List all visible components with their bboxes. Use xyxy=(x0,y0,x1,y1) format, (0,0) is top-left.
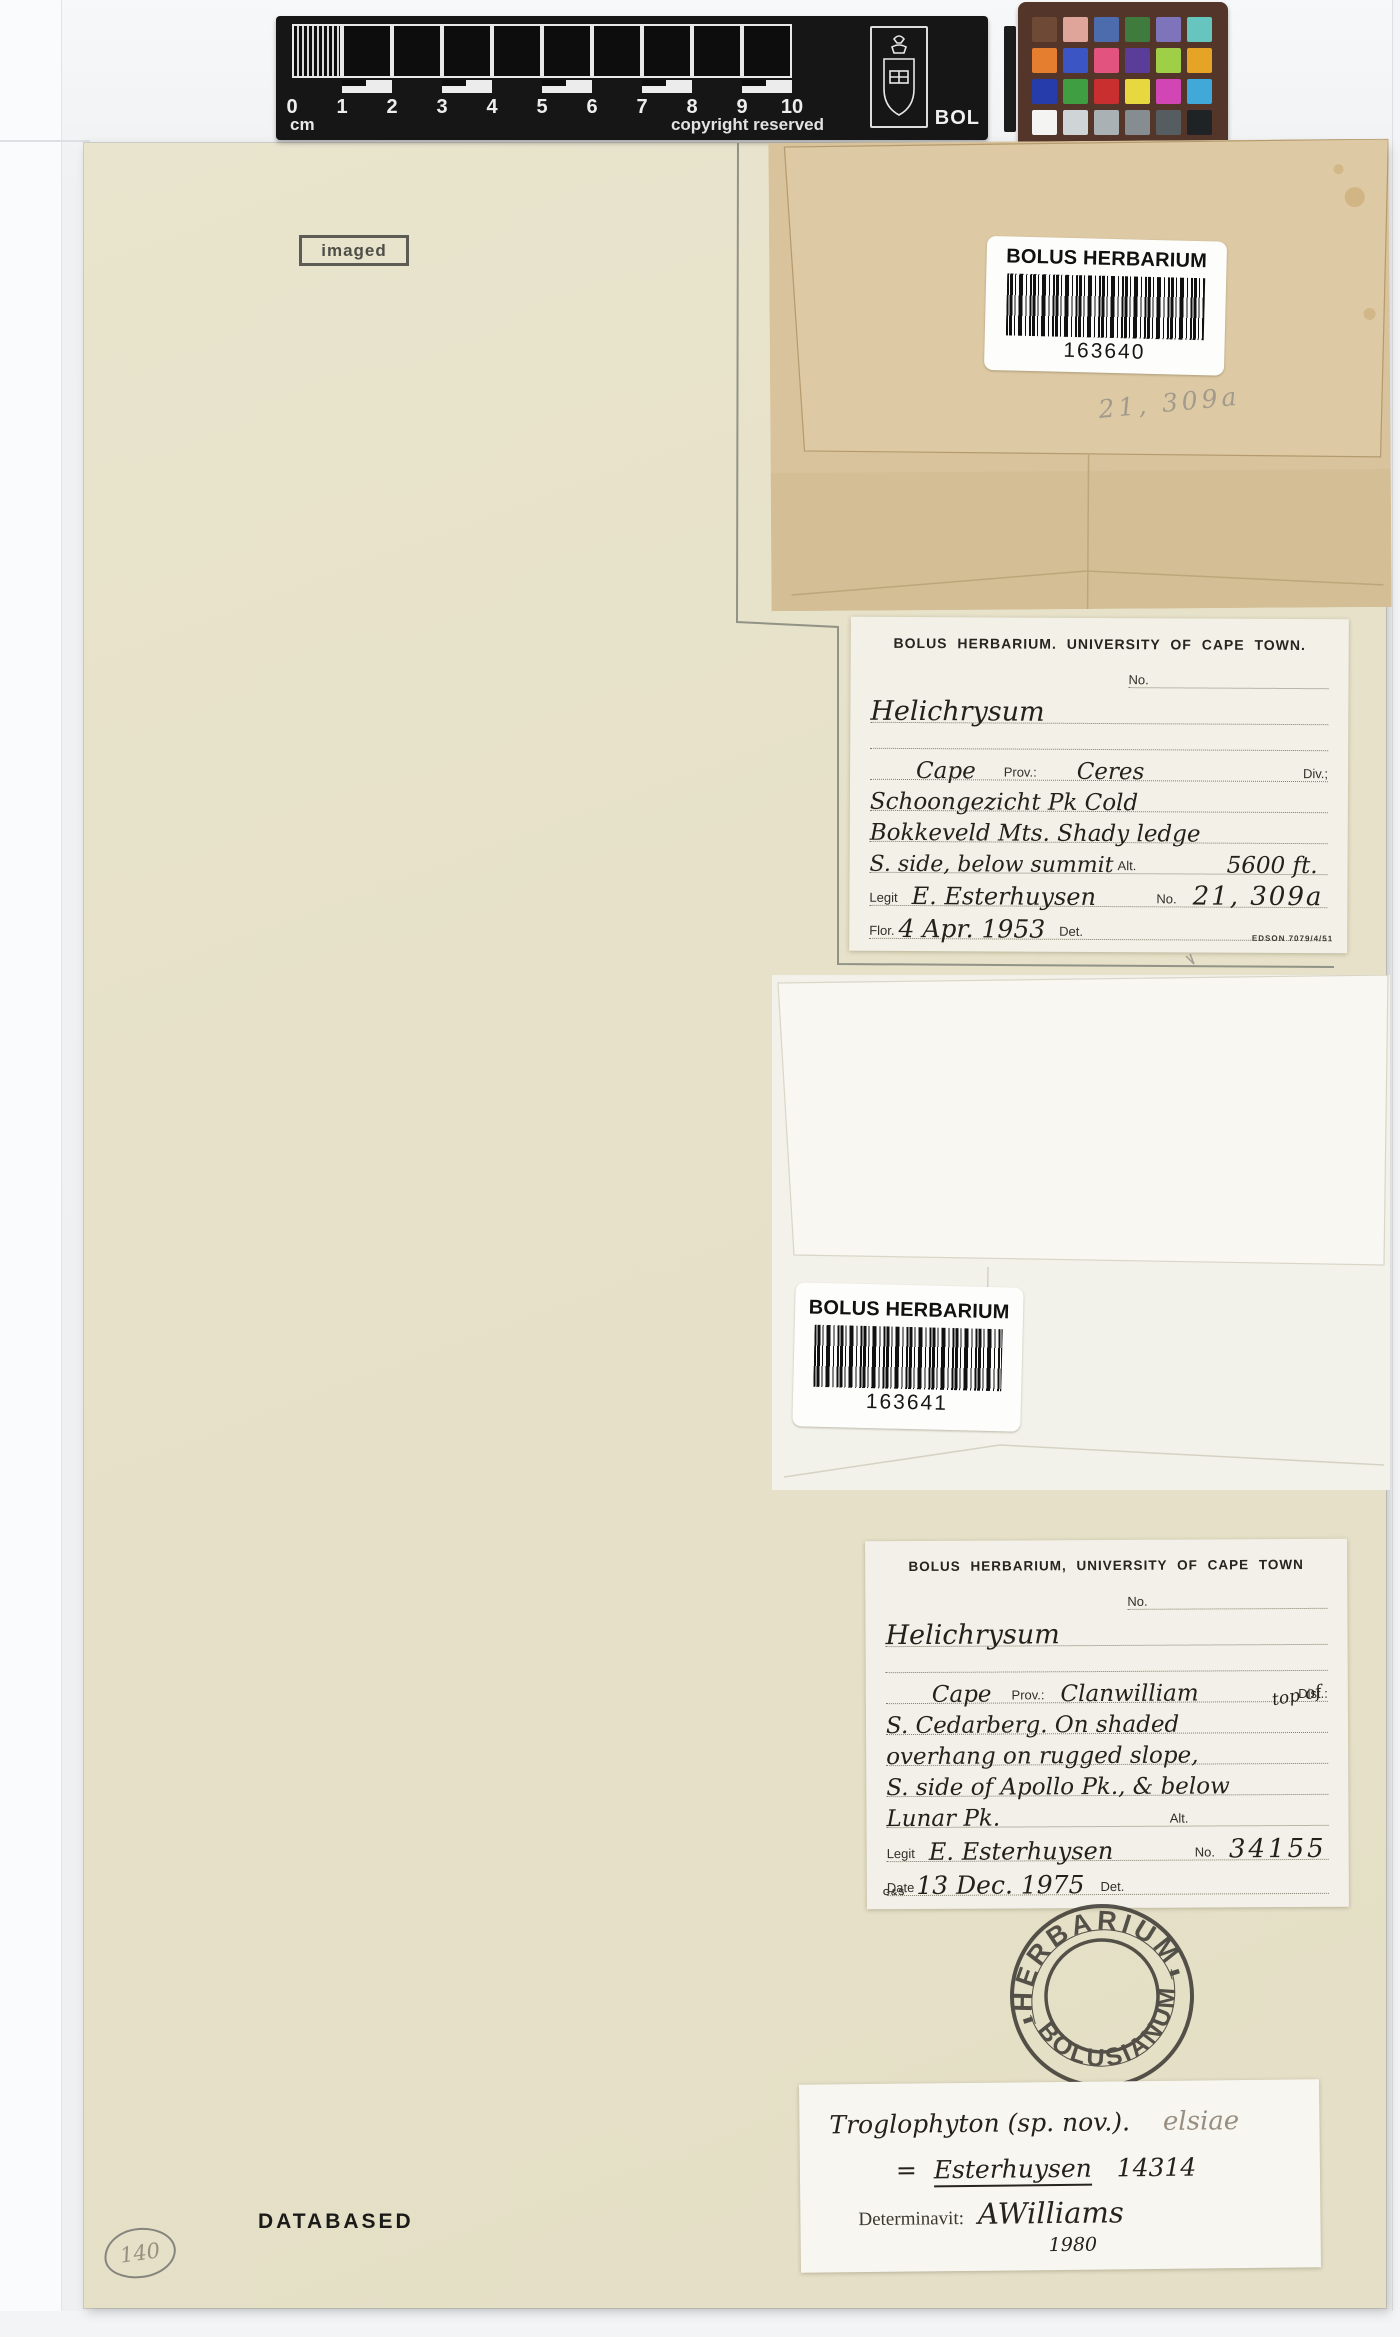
label-row: S. Cedarberg. On shaded top of xyxy=(886,1702,1328,1735)
label-row: Cape Prov.: Clanwilliam Dist.: xyxy=(886,1671,1328,1704)
epithet-pencil-handwriting: elsiae xyxy=(1163,2106,1240,2137)
sheet-number: 140 xyxy=(118,2238,161,2267)
label1-header: BOLUS HERBARIUM. UNIVERSITY OF CAPE TOWN… xyxy=(871,623,1329,665)
color-calibration-card xyxy=(1018,2,1228,150)
color-patch xyxy=(1094,110,1119,135)
label-row: overhang on rugged slope, xyxy=(886,1733,1328,1766)
no-label: No. xyxy=(1127,1594,1147,1609)
no-label: No. xyxy=(1129,672,1149,687)
specimen-label-1: BOLUS HERBARIUM. UNIVERSITY OF CAPE TOWN… xyxy=(849,617,1349,954)
prov-label: Prov.: xyxy=(1011,1687,1044,1702)
institution-code: BOL xyxy=(935,107,980,130)
color-patch xyxy=(1187,110,1212,135)
color-patch xyxy=(1156,110,1181,135)
scale-number: 4 xyxy=(486,96,497,119)
scale-block xyxy=(642,24,692,78)
label-row xyxy=(886,1645,1328,1673)
fragment-envelope-2: BOLUS HERBARIUM 163641 xyxy=(772,975,1390,1490)
color-patch xyxy=(1156,48,1181,73)
color-patch xyxy=(1094,79,1119,104)
color-patch xyxy=(1156,79,1181,104)
color-patch xyxy=(1187,79,1212,104)
color-patch xyxy=(1156,17,1181,42)
color-patch xyxy=(1032,17,1057,42)
printer-mark: G&S xyxy=(883,1887,906,1897)
specimen-label-2: BOLUS HERBARIUM, UNIVERSITY OF CAPE TOWN… xyxy=(865,1539,1349,1910)
scale-number: 5 xyxy=(536,96,547,119)
equals-sign: = xyxy=(896,2155,917,2184)
dark-strip xyxy=(1004,26,1016,132)
barcode-number: 163641 xyxy=(866,1390,949,1416)
barcode-number: 163640 xyxy=(1063,339,1146,365)
copyright-text: copyright reserved xyxy=(576,115,824,135)
scale-bar-unit: cm xyxy=(290,115,315,135)
det-label: Det. xyxy=(1059,924,1083,939)
flor-label: Flor. xyxy=(869,923,894,938)
color-patch xyxy=(1125,17,1150,42)
determiner-signature: AWilliams xyxy=(978,2195,1124,2231)
color-patch xyxy=(1063,17,1088,42)
label2-header: BOLUS HERBARIUM, UNIVERSITY OF CAPE TOWN xyxy=(885,1545,1327,1587)
color-patch xyxy=(1125,110,1150,135)
label-row: Schoongezicht Pk Cold xyxy=(870,780,1328,813)
label-row: Cape Prov.: Ceres Div.; xyxy=(870,749,1328,782)
scale-half-block xyxy=(742,80,792,93)
imaged-stamp: imaged xyxy=(299,235,409,266)
color-patch xyxy=(1063,79,1088,104)
uct-crest-icon xyxy=(870,26,928,128)
barcode-label-1: BOLUS HERBARIUM 163640 xyxy=(984,236,1227,376)
stamp-bottom-text: BOLUSIANUM xyxy=(1029,1976,1201,2093)
alt-label: Alt. xyxy=(1118,858,1137,873)
scale-block xyxy=(742,24,792,78)
scale-half-block xyxy=(642,80,692,93)
label-row: Date 13 Dec. 1975 Det. xyxy=(887,1860,1329,1896)
label-row: Helichrysum xyxy=(885,1609,1327,1647)
label-row: Bokkeveld Mts. Shady ledge xyxy=(870,811,1328,844)
barcode-label-title: BOLUS HERBARIUM xyxy=(808,1297,1009,1325)
scale-block xyxy=(442,24,492,78)
collno-label: No. xyxy=(1195,1844,1215,1859)
determination-slip: Troglophyton (sp. nov.). elsiae = Esterh… xyxy=(799,2079,1321,2272)
label-row: Helichrysum xyxy=(870,687,1328,725)
barcode-label-2: BOLUS HERBARIUM 163641 xyxy=(792,1282,1023,1432)
scale-block xyxy=(292,24,342,78)
color-patch xyxy=(1032,79,1057,104)
scale-block xyxy=(592,24,642,78)
scale-block xyxy=(692,24,742,78)
backing-board-right xyxy=(1392,0,1400,2337)
det-label: Det. xyxy=(1100,1879,1124,1894)
color-card-grid xyxy=(1032,17,1214,135)
scale-bar: 012345678910 cm copyright reserved BOL xyxy=(276,16,988,140)
determination-year-handwriting: 1980 xyxy=(1049,2234,1098,2257)
color-patch xyxy=(1125,79,1150,104)
barcode-icon xyxy=(1006,273,1205,340)
scale-block xyxy=(342,24,392,78)
label-row: No. xyxy=(885,1585,1327,1611)
specimen-photo: 012345678910 cm copyright reserved BOL i… xyxy=(0,0,1400,2337)
color-patch xyxy=(1094,17,1119,42)
backing-board-left xyxy=(0,0,62,2337)
label-row: Legit E. Esterhuysen No. 21, 309a xyxy=(869,873,1327,908)
alt-label: Alt. xyxy=(1170,1811,1189,1826)
label-row xyxy=(870,723,1328,751)
databased-stamp: DATABASED xyxy=(258,2210,414,2234)
color-patch xyxy=(1063,48,1088,73)
determination-name-handwriting: Troglophyton (sp. nov.). xyxy=(829,2107,1130,2139)
label-row: S. side, below summit Alt. 5600 ft. xyxy=(870,842,1328,875)
scale-half-block xyxy=(442,80,492,93)
synonym-collector-handwriting: Esterhuysen xyxy=(934,2154,1092,2188)
label-row: S. side of Apollo Pk., & below xyxy=(886,1764,1328,1797)
scale-number: 2 xyxy=(386,96,397,119)
color-patch xyxy=(1125,48,1150,73)
prov-label: Prov.: xyxy=(1004,765,1037,780)
board-seam xyxy=(0,140,90,142)
color-patch xyxy=(1187,17,1212,42)
color-patch xyxy=(1032,110,1057,135)
legit-label: Legit xyxy=(887,1846,915,1861)
backing-board-bottom xyxy=(0,2311,1400,2337)
scale-number: 3 xyxy=(436,96,447,119)
scale-block xyxy=(542,24,592,78)
label-row: Legit E. Esterhuysen No. 34155 xyxy=(887,1826,1329,1862)
label-row: Lunar Pk. Alt. xyxy=(886,1795,1328,1828)
fragment-envelope-1: BOLUS HERBARIUM 163640 21, 309a xyxy=(768,139,1391,611)
flordate-handwriting: 4 Apr. 1953 xyxy=(898,914,1045,944)
barcode-icon xyxy=(814,1325,1003,1392)
collno-label: No. xyxy=(1156,891,1176,906)
scale-block xyxy=(492,24,542,78)
label-row: No. xyxy=(871,663,1329,689)
scale-half-block xyxy=(542,80,592,93)
legit-label: Legit xyxy=(869,890,897,905)
barcode-label-title: BOLUS HERBARIUM xyxy=(1006,245,1207,273)
scale-block xyxy=(392,24,442,78)
synonym-number-handwriting: 14314 xyxy=(1117,2153,1197,2183)
color-patch xyxy=(1187,48,1212,73)
svg-text:BOLUSIANUM: BOLUSIANUM xyxy=(1029,1976,1201,2093)
color-patch xyxy=(1094,48,1119,73)
printer-mark: EDSON 7079/4/51 xyxy=(1252,934,1333,943)
scale-number: 1 xyxy=(336,96,347,119)
color-patch xyxy=(1032,48,1057,73)
determinavit-label: Determinavit: xyxy=(858,2208,964,2230)
herbarium-bolusianum-stamp: HERBARIUM BOLUSIANUM - - xyxy=(1002,1896,1202,2096)
color-patch xyxy=(1063,110,1088,135)
scale-half-block xyxy=(342,80,392,93)
div-label: Div.; xyxy=(1303,766,1328,781)
